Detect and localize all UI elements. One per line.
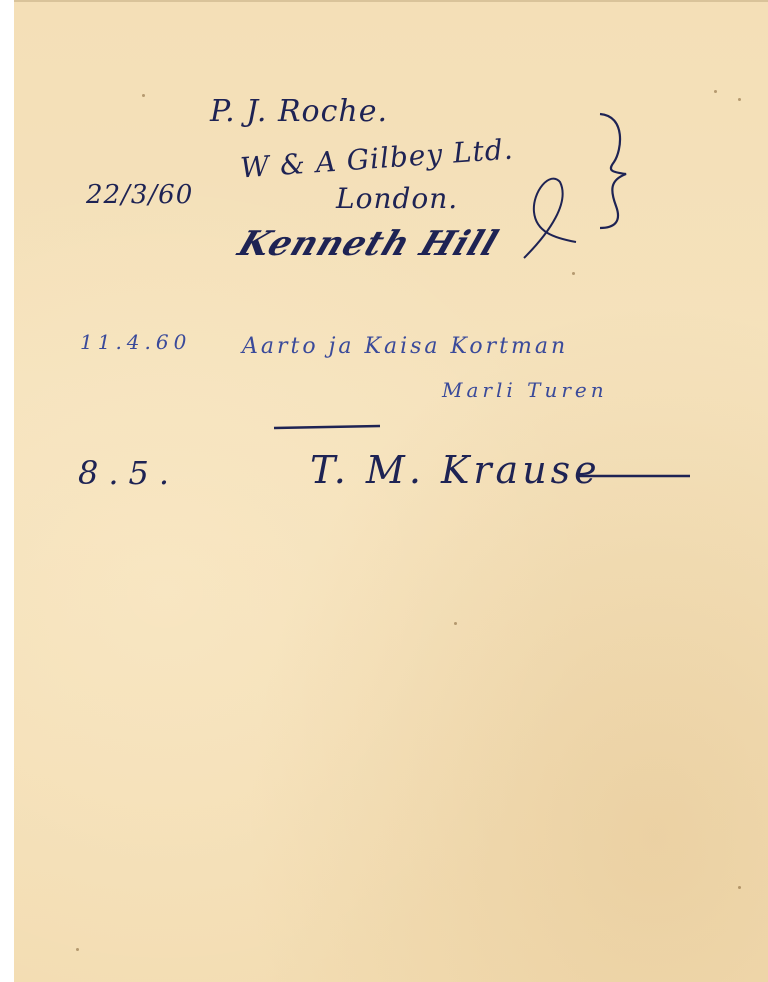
- entry-2-line-1: Aarto ja Kaisa Kortman: [242, 334, 568, 359]
- paper-speck: [738, 98, 741, 101]
- paper-speck: [454, 622, 457, 625]
- signature-text: Kenneth Hill: [233, 224, 504, 264]
- entry-1-line-3: London.: [336, 182, 458, 215]
- entry-1-signature: Kenneth Hill: [233, 224, 504, 264]
- paper-speck: [76, 948, 79, 951]
- signature-loop-flourish: [520, 172, 580, 262]
- paper-page: 22/3/60 P. J. Roche. W & A Gilbey Ltd. L…: [14, 0, 768, 982]
- paper-speck: [572, 272, 575, 275]
- paper-speck: [714, 90, 717, 93]
- entry-1-line-1: P. J. Roche.: [210, 94, 388, 129]
- curly-brace-icon: [596, 110, 636, 230]
- paper-speck: [142, 94, 145, 97]
- paper-speck: [738, 886, 741, 889]
- entry-3-date: 8.5.: [78, 454, 179, 492]
- entry-2-date: 11.4.60: [80, 330, 191, 354]
- entry-2-line-2: Marli Turen: [442, 378, 608, 402]
- entry-1-date: 22/3/60: [86, 180, 193, 210]
- entry-1-line-2: W & A Gilbey Ltd.: [239, 132, 514, 184]
- overline-stroke: [272, 422, 382, 432]
- signature-tail-stroke: [574, 472, 694, 482]
- entry-3-signature: T. M. Krause: [310, 448, 601, 492]
